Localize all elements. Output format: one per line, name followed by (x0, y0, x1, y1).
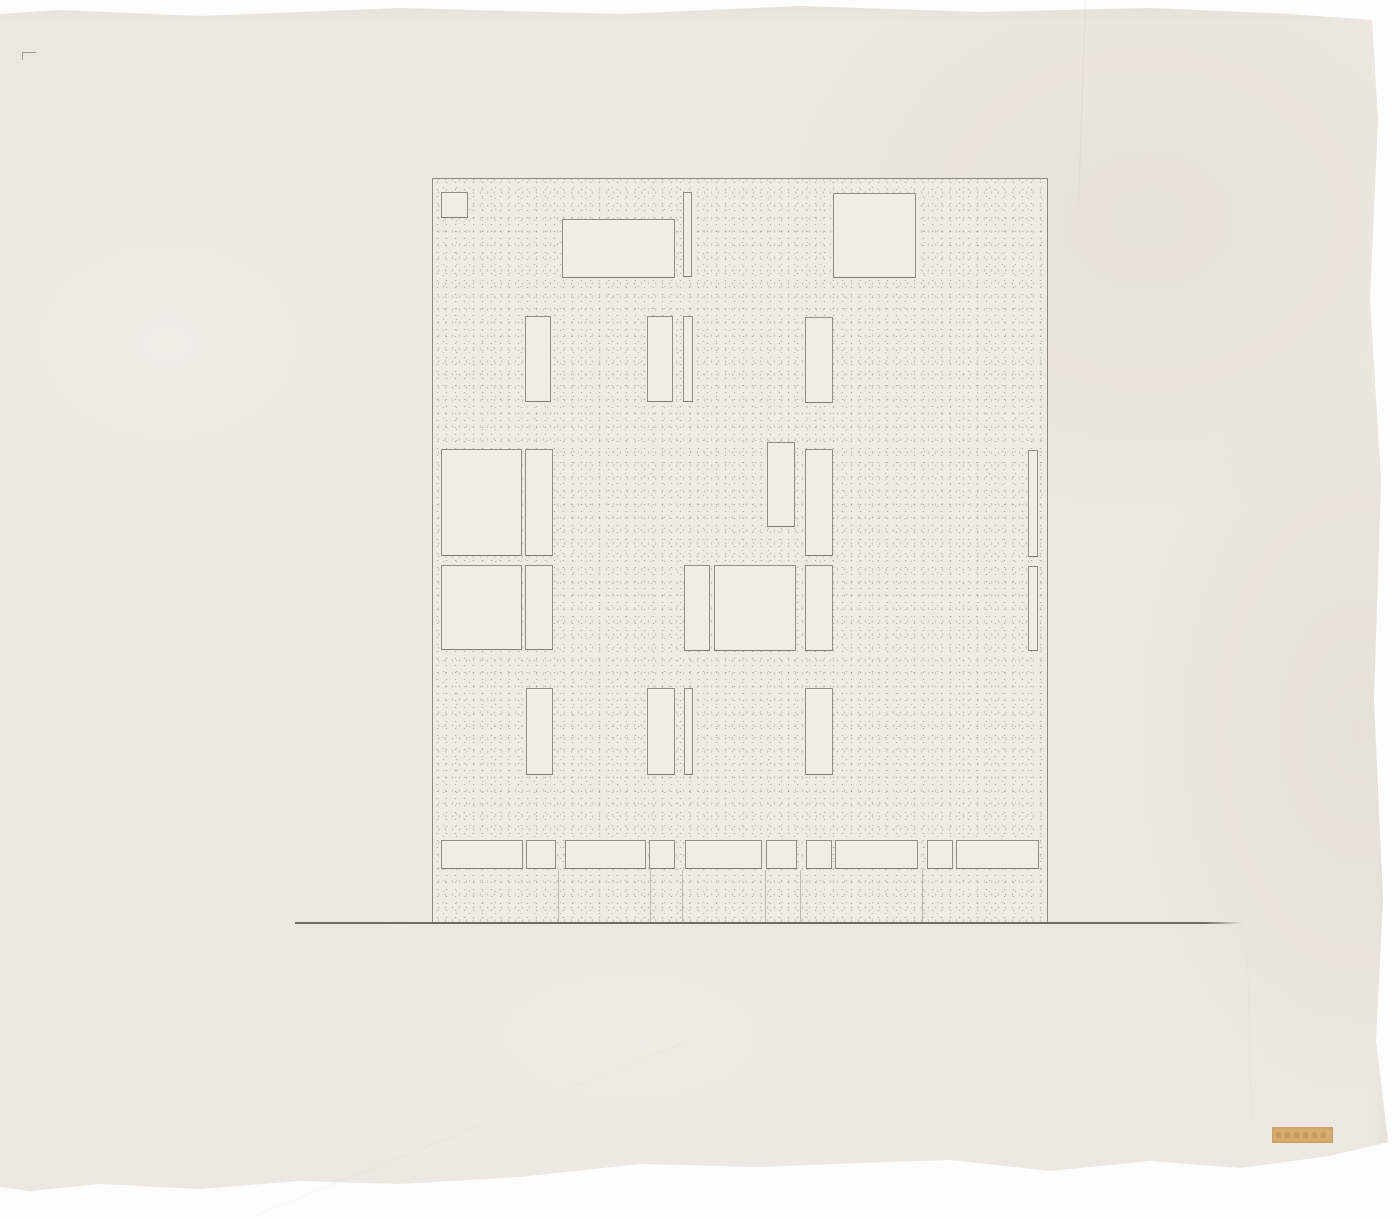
window-opening-base-square-3 (766, 840, 797, 869)
window-opening-attic-large-square (833, 193, 916, 278)
base-panel-joint (765, 870, 766, 922)
sticker-illegible-stamp (1276, 1132, 1329, 1138)
window-opening-base-strip-3 (685, 840, 762, 869)
paper-fold-mark (22, 52, 36, 60)
window-opening-base-square-4 (806, 840, 832, 869)
window-opening-upper-mid-slot (683, 316, 693, 402)
window-opening-mid-a-tall (805, 449, 833, 556)
window-opening-base-square-5 (927, 840, 953, 869)
window-opening-mid-a-offset (767, 442, 795, 527)
window-opening-base-strip-5 (956, 840, 1039, 869)
window-opening-mid-b-big-2 (714, 565, 796, 651)
window-opening-base-strip-2 (565, 840, 646, 869)
window-opening-lower-mid-slot (684, 688, 693, 775)
window-opening-mid-b-edge-slot (1028, 566, 1038, 651)
window-opening-mid-b-tall (805, 565, 833, 651)
base-panel-joint (650, 870, 651, 922)
window-opening-upper-right (805, 317, 833, 403)
window-opening-base-strip-1 (441, 840, 523, 869)
window-opening-mid-b-narrow (525, 565, 553, 650)
window-opening-lower-left (526, 688, 553, 775)
base-panel-joint (922, 870, 923, 922)
base-panel-joint (800, 870, 801, 922)
archival-sticker (1272, 1127, 1333, 1143)
window-opening-attic-small-square (441, 192, 468, 218)
window-opening-upper-mid (647, 316, 673, 402)
window-opening-attic-slot (683, 192, 692, 277)
base-panel-joint (558, 870, 559, 922)
window-opening-mid-a-edge-slot (1028, 450, 1038, 557)
window-opening-mid-b-narrow-2 (684, 565, 710, 651)
scanned-drawing-canvas (0, 0, 1400, 1219)
window-opening-base-strip-4 (835, 840, 918, 869)
window-opening-mid-a-big (441, 449, 522, 556)
base-panel-joint (682, 870, 683, 922)
window-opening-base-square-1 (526, 840, 556, 869)
window-opening-mid-a-narrow (525, 449, 553, 556)
window-opening-upper-left (525, 316, 551, 402)
ground-line (295, 922, 1205, 924)
window-opening-mid-b-big (441, 565, 522, 650)
window-opening-lower-right (805, 688, 833, 775)
ground-line-fade (1205, 922, 1243, 924)
window-opening-lower-mid (647, 688, 675, 775)
window-opening-attic-wide (562, 219, 675, 278)
window-opening-base-square-2 (649, 840, 675, 869)
